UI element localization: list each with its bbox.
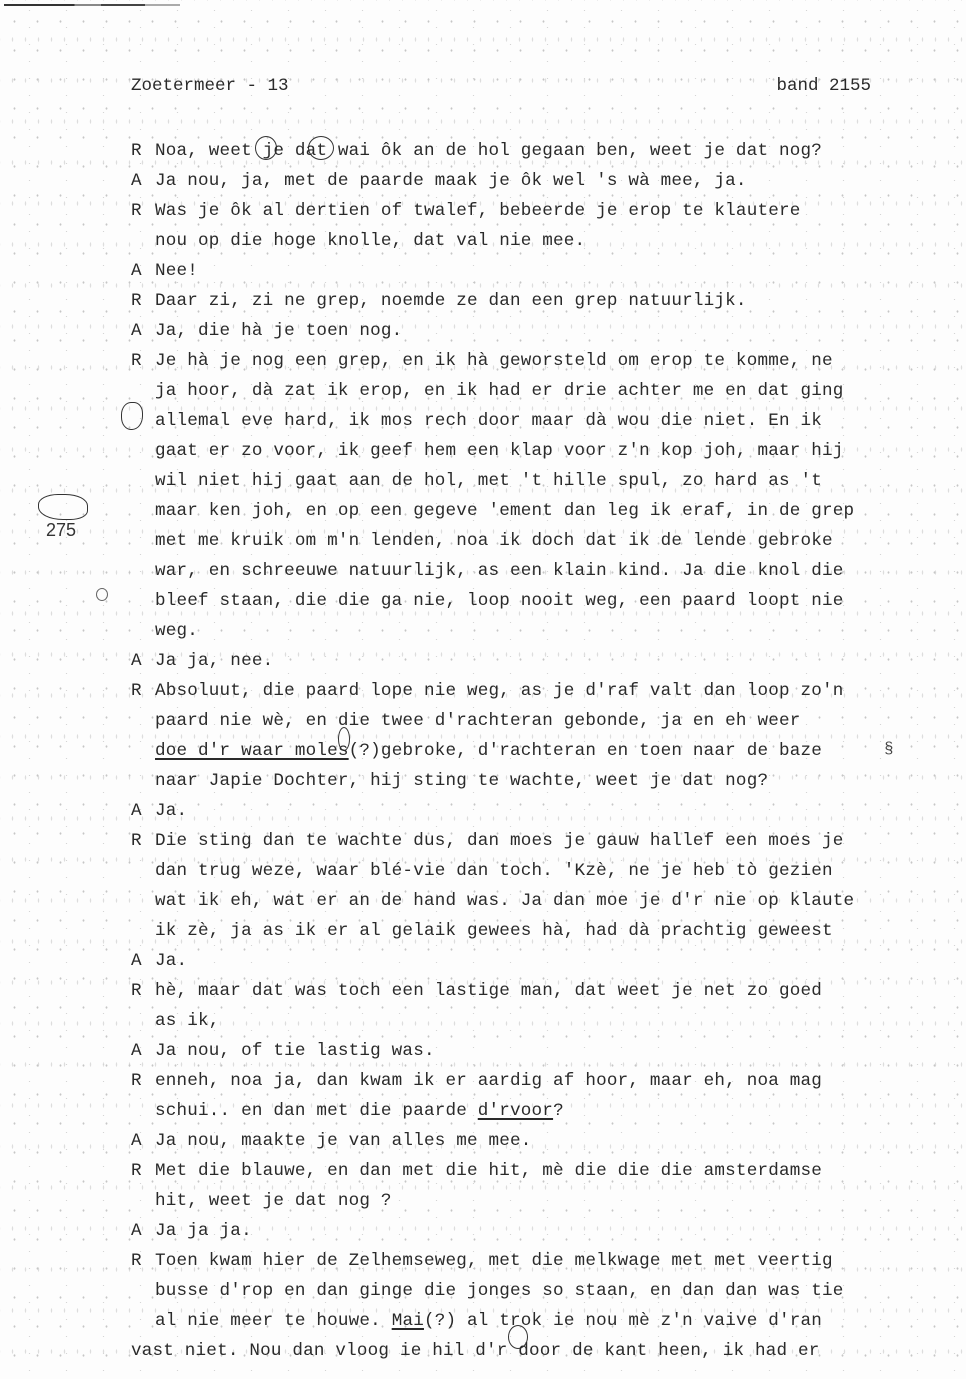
speaker-label: A	[131, 796, 155, 826]
speaker-label: R	[131, 826, 155, 856]
speaker-label: A	[131, 316, 155, 346]
speaker-label: R	[131, 286, 155, 316]
page-header: Zoetermeer - 13 band 2155	[131, 76, 871, 100]
turn-continuation: allemal eve hard, ik mos rech door maar …	[131, 406, 961, 436]
speaker-turn: RJe hà je nog een grep, en ik hà geworst…	[131, 346, 961, 376]
speaker-label: A	[131, 1216, 155, 1246]
speaker-turn: AJa.	[131, 796, 961, 826]
utterance-text: Ja ja ja.	[155, 1221, 252, 1241]
turn-continuation: as ik,	[131, 1006, 961, 1036]
margin-page-note: 275	[46, 520, 76, 541]
utterance-text: weg.	[155, 621, 198, 641]
utterance-text: Ja, die hà je toen nog.	[155, 321, 402, 341]
utterance-text: hit, weet je dat nog ?	[155, 1191, 392, 1211]
turn-continuation: war, en schreeuwe natuurlijk, as een kla…	[131, 556, 961, 586]
speaker-label: R	[131, 136, 155, 166]
turn-continuation: met me kruik om m'n lenden, noa ik doch …	[131, 526, 961, 556]
utterance-text: Ja.	[155, 801, 187, 821]
speaker-turn: RMet die blauwe, en dan met die hit, mè …	[131, 1156, 961, 1186]
turn-continuation: maar ken joh, en op een gegeve 'ement da…	[131, 496, 961, 526]
turn-continuation: hit, weet je dat nog ?	[131, 1186, 961, 1216]
speaker-turn: RDie sting dan te wachte dus, dan moes j…	[131, 826, 961, 856]
speaker-turn: Rhè, maar dat was toch een lastige man, …	[131, 976, 961, 1006]
speaker-label: A	[131, 1126, 155, 1156]
speaker-turn: AJa, die hà je toen nog.	[131, 316, 961, 346]
tape-number: band 2155	[776, 76, 871, 96]
utterance-text: allemal eve hard, ik mos rech door maar …	[155, 411, 822, 431]
utterance-text: Ja.	[155, 951, 187, 971]
speaker-label: R	[131, 1156, 155, 1186]
utterance-text: al nie meer te houwe. Mai(?) al trok ie …	[155, 1311, 822, 1331]
utterance-text: nou op die hoge knolle, dat val nie mee.	[155, 231, 585, 251]
speaker-label: A	[131, 166, 155, 196]
utterance-text: Ja nou, maakte je van alles me mee.	[155, 1131, 532, 1151]
speaker-label: A	[131, 256, 155, 286]
speaker-turn: RAbsoluut, die paard lope nie weg, as je…	[131, 676, 961, 706]
utterance-text: enneh, noa ja, dan kwam ik er aardig af …	[155, 1071, 822, 1091]
utterance-text: Die sting dan te wachte dus, dan moes je…	[155, 831, 844, 851]
turn-continuation: nou op die hoge knolle, dat val nie mee.	[131, 226, 961, 256]
turn-continuation: busse d'rop en dan ginge die jonges so s…	[131, 1276, 961, 1306]
speaker-label: R	[131, 976, 155, 1006]
turn-continuation: dan trug weze, waar blé-vie dan toch. 'K…	[131, 856, 961, 886]
speaker-turn: AJa ja ja.	[131, 1216, 961, 1246]
speaker-label: A	[131, 1036, 155, 1066]
utterance-text: wat ik eh, wat er an de hand was. Ja dan…	[155, 891, 854, 911]
utterance-text: Absoluut, die paard lope nie weg, as je …	[155, 681, 844, 701]
utterance-text: ik zè, ja as ik er al gelaik gewees hà, …	[155, 921, 833, 941]
turn-continuation: ik zè, ja as ik er al gelaik gewees hà, …	[131, 916, 961, 946]
speaker-label: R	[131, 676, 155, 706]
turn-continuation: naar Japie Dochter, hij sting te wachte,…	[131, 766, 961, 796]
turn-continuation: vast niet. Nou dan vloog ie hil d'r door…	[131, 1336, 961, 1366]
turn-continuation: paard nie wè, en die twee d'rachteran ge…	[131, 706, 961, 736]
scan-edge-line	[4, 4, 180, 6]
utterance-text: Noa, weet je dat wai ôk an de hol gegaan…	[155, 141, 822, 161]
utterance-text: Ja ja, nee.	[155, 651, 273, 671]
underlined-text: Mai	[392, 1311, 424, 1331]
underlined-text: doe d'r waar moles	[155, 741, 349, 761]
turn-continuation: bleef staan, die die ga nie, loop nooit …	[131, 586, 961, 616]
turn-continuation: al nie meer te houwe. Mai(?) al trok ie …	[131, 1306, 961, 1336]
speaker-turn: ANee!	[131, 256, 961, 286]
speaker-turn: AJa ja, nee.	[131, 646, 961, 676]
speaker-turn: Renneh, noa ja, dan kwam ik er aardig af…	[131, 1066, 961, 1096]
utterance-text: doe d'r waar moles(?)gebroke, d'rachtera…	[155, 741, 822, 761]
utterance-text: bleef staan, die die ga nie, loop nooit …	[155, 591, 844, 611]
utterance-text: busse d'rop en dan ginge die jonges so s…	[155, 1281, 844, 1301]
utterance-text: paard nie wè, en die twee d'rachteran ge…	[155, 711, 800, 731]
speaker-label: R	[131, 196, 155, 226]
utterance-text: Was je ôk al dertien of twalef, bebeerde…	[155, 201, 800, 221]
speaker-turn: AJa nou, of tie lastig was.	[131, 1036, 961, 1066]
utterance-text: hè, maar dat was toch een lastige man, d…	[155, 981, 822, 1001]
speaker-label: A	[131, 646, 155, 676]
utterance-text: gaat er zo voor, ik geef hem een klap vo…	[155, 441, 844, 461]
utterance-text: vast niet. Nou dan vloog ie hil d'r door…	[131, 1341, 820, 1361]
speaker-turn: AJa nou, ja, met de paarde maak je ôk we…	[131, 166, 961, 196]
utterance-text: Daar zi, zi ne grep, noemde ze dan een g…	[155, 291, 747, 311]
utterance-text: Je hà je nog een grep, en ik hà geworste…	[155, 351, 833, 371]
speaker-label: R	[131, 1066, 155, 1096]
turn-continuation: wil niet hij gaat aan de hol, met 't hil…	[131, 466, 961, 496]
turn-continuation: wat ik eh, wat er an de hand was. Ja dan…	[131, 886, 961, 916]
speaker-turn: AJa nou, maakte je van alles me mee.	[131, 1126, 961, 1156]
utterance-text: Ja nou, of tie lastig was.	[155, 1041, 435, 1061]
utterance-text: maar ken joh, en op een gegeve 'ement da…	[155, 501, 854, 521]
utterance-text: war, en schreeuwe natuurlijk, as een kla…	[155, 561, 844, 581]
speaker-label: A	[131, 946, 155, 976]
utterance-text: met me kruik om m'n lenden, noa ik doch …	[155, 531, 833, 551]
utterance-text: Toen kwam hier de Zelhemseweg, met die m…	[155, 1251, 833, 1271]
utterance-text: ja hoor, dà zat ik erop, en ik had er dr…	[155, 381, 844, 401]
document-title: Zoetermeer - 13	[131, 76, 289, 96]
margin-circle-mark	[96, 588, 108, 601]
turn-continuation: ja hoor, dà zat ik erop, en ik had er dr…	[131, 376, 961, 406]
utterance-text: schui.. en dan met die paarde d'rvoor?	[155, 1101, 564, 1121]
speaker-turn: RNoa, weet je dat wai ôk an de hol gegaa…	[131, 136, 961, 166]
underlined-text: d'rvoor	[478, 1101, 553, 1121]
speaker-label: R	[131, 1246, 155, 1276]
utterance-text: Ja nou, ja, met de paarde maak je ôk wel…	[155, 171, 747, 191]
utterance-text: as ik,	[155, 1011, 220, 1031]
speaker-turn: RWas je ôk al dertien of twalef, bebeerd…	[131, 196, 961, 226]
speaker-label: R	[131, 346, 155, 376]
turn-continuation: weg.	[131, 616, 961, 646]
utterance-text: Nee!	[155, 261, 198, 281]
utterance-text: Met die blauwe, en dan met die hit, mè d…	[155, 1161, 822, 1181]
turn-continuation: doe d'r waar moles(?)gebroke, d'rachtera…	[131, 736, 961, 766]
utterance-text: dan trug weze, waar blé-vie dan toch. 'K…	[155, 861, 833, 881]
speaker-turn: RToen kwam hier de Zelhemseweg, met die …	[131, 1246, 961, 1276]
turn-continuation: schui.. en dan met die paarde d'rvoor?	[131, 1096, 961, 1126]
utterance-text: naar Japie Dochter, hij sting te wachte,…	[155, 771, 768, 791]
speaker-turn: RDaar zi, zi ne grep, noemde ze dan een …	[131, 286, 961, 316]
turn-continuation: gaat er zo voor, ik geef hem een klap vo…	[131, 436, 961, 466]
speaker-turn: AJa.	[131, 946, 961, 976]
transcript-body: RNoa, weet je dat wai ôk an de hol gegaa…	[131, 136, 961, 1366]
handwritten-mark	[38, 494, 88, 520]
utterance-text: wil niet hij gaat aan de hol, met 't hil…	[155, 471, 822, 491]
